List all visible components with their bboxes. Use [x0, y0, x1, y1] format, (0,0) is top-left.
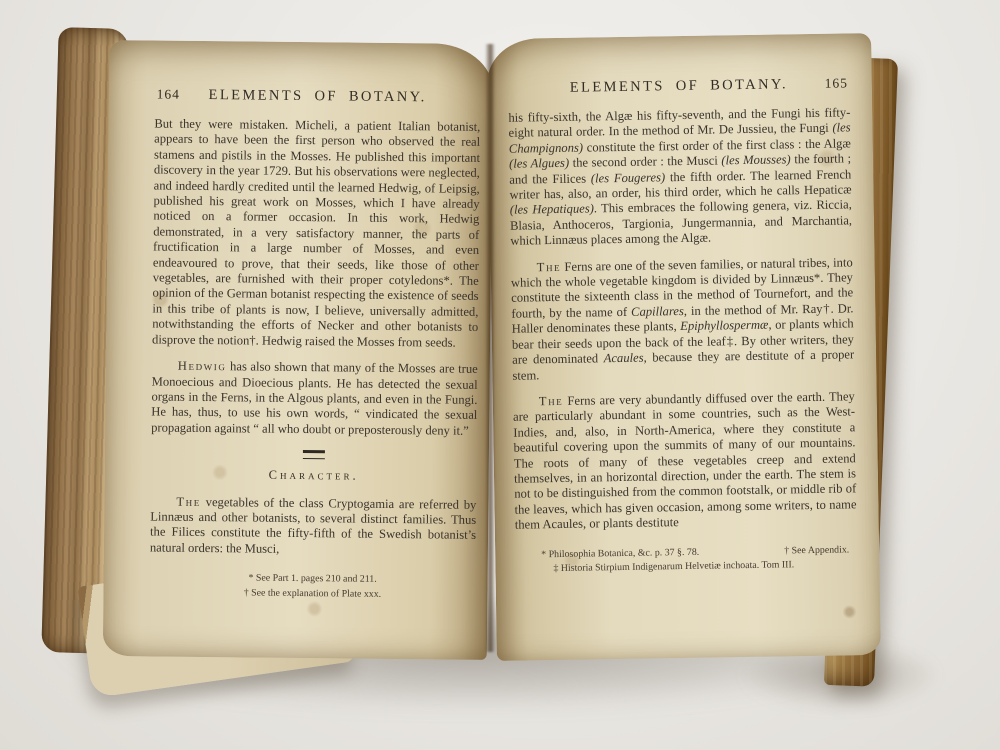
running-head-right: ELEMENTS OF BOTANY. 165	[508, 75, 850, 97]
paragraph: The vegetables of the class Cryptogamia …	[150, 494, 477, 559]
page-number-right: 165	[825, 75, 848, 91]
left-page-footnotes: * See Part 1. pages 210 and 211.† See th…	[149, 571, 475, 603]
paragraph: The Ferns are very abundantly diffused o…	[513, 389, 857, 533]
section-divider-rule	[303, 450, 325, 459]
footnote-row: † See the explanation of Plate xxx.	[149, 585, 475, 603]
footnote: ‡ Historia Stirpium Indigenarum Helvetiæ…	[553, 558, 794, 576]
right-page-body: his fifty-sixth, the Algæ his fifty-seve…	[508, 105, 857, 533]
running-head-left: 164 ELEMENTS OF BOTANY.	[155, 86, 481, 106]
running-head-title-left: ELEMENTS OF BOTANY.	[209, 87, 427, 105]
book-gutter-crease	[485, 44, 495, 652]
left-page: 164 ELEMENTS OF BOTANY. But they were mi…	[103, 40, 493, 660]
paragraph: his fifty-sixth, the Algæ his fifty-seve…	[508, 105, 852, 249]
running-head-title-right: ELEMENTS OF BOTANY.	[570, 76, 788, 95]
page-number-left: 164	[157, 87, 180, 103]
paragraph: Hedwig has also shown that many of the M…	[151, 359, 478, 439]
photo-open-book: 164 ELEMENTS OF BOTANY. But they were mi…	[0, 0, 1000, 750]
paragraph: But they were mistaken. Micheli, a patie…	[152, 116, 480, 350]
right-page-footnotes: * Philosophia Botanica, &c. p. 37 §. 78.…	[515, 543, 857, 577]
footnote: † See Appendix.	[784, 543, 849, 559]
footnote: * See Part 1. pages 210 and 211.	[248, 572, 376, 588]
section-heading: Character.	[151, 467, 477, 486]
footnote: † See the explanation of Plate xxx.	[244, 586, 382, 602]
paragraph: The Ferns are one of the seven families,…	[511, 255, 855, 384]
left-page-body: But they were mistaken. Micheli, a patie…	[150, 116, 481, 559]
right-page: ELEMENTS OF BOTANY. 165 his fifty-sixth,…	[487, 33, 881, 661]
